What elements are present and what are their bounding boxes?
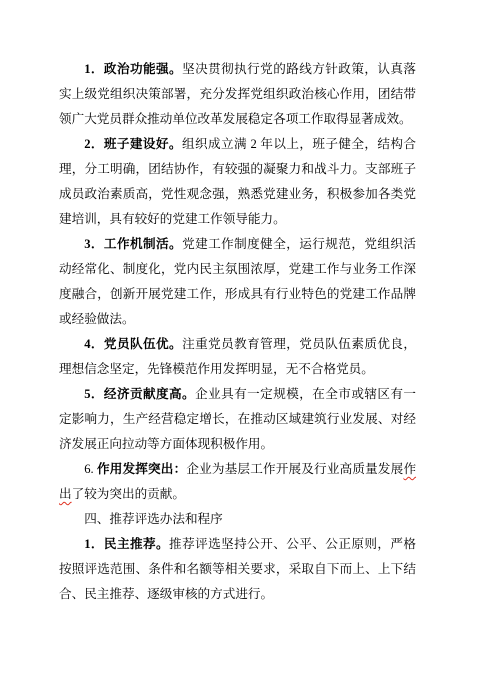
- document-page: 1．政治功能强。坚决贯彻执行党的路线方针政策，认真落实上级党组织决策部署，充分发…: [0, 0, 477, 674]
- heading-run: 2．班子建设好。: [84, 137, 182, 151]
- criterion-6-outstanding-role: 6. 作用发挥突出：企业为基层工作开展及行业高质量发展作出了较为突出的贡献。: [59, 457, 416, 507]
- criterion-1-political-function: 1．政治功能强。坚决贯彻执行党的路线方针政策，认真落实上级党组织决策部署，充分发…: [59, 57, 416, 132]
- heading-run: 作用发挥突出：: [97, 462, 186, 476]
- criterion-2-leadership-team: 2．班子建设好。组织成立满 2 年以上，班子健全，结构合理，分工明确，团结协作，…: [59, 132, 416, 232]
- heading-run: 4．党员队伍优。: [84, 337, 182, 351]
- procedure-1-democratic-recommendation: 1．民主推荐。推荐评选坚持公开、公平、公正原则，严格按照评选范围、条件和名额等相…: [59, 532, 416, 607]
- section-heading-recommendation-procedure: 四、推荐评选办法和程序: [59, 507, 416, 532]
- document-window: { "document": { "background_color": "#ff…: [0, 0, 477, 674]
- text-run: 企业为基层工作开展及行业高质量发展: [186, 462, 403, 476]
- text-run: 四、推荐评选办法和程序: [84, 512, 223, 526]
- heading-run: 3．工作机制活。: [84, 237, 182, 251]
- heading-run: 5．经济贡献度高。: [84, 387, 195, 401]
- criterion-4-party-members: 4．党员队伍优。注重党员教育管理，党员队伍素质优良，理想信念坚定，先锋模范作用发…: [59, 332, 416, 382]
- heading-run: 1．民主推荐。: [84, 537, 169, 551]
- criterion-3-work-mechanism: 3．工作机制活。党建工作制度健全，运行规范，党组织活动经常化、制度化，党内民主氛…: [59, 232, 416, 332]
- text-run: 6.: [84, 462, 97, 476]
- document-body: 1．政治功能强。坚决贯彻执行党的路线方针政策，认真落实上级党组织决策部署，充分发…: [59, 57, 416, 607]
- text-run: 了较为突出的贡献。: [72, 487, 185, 501]
- criterion-5-economic-contribution: 5．经济贡献度高。企业具有一定规模，在全市或辖区有一定影响力，生产经营稳定增长，…: [59, 382, 416, 457]
- heading-run: 1．政治功能强。: [84, 62, 182, 76]
